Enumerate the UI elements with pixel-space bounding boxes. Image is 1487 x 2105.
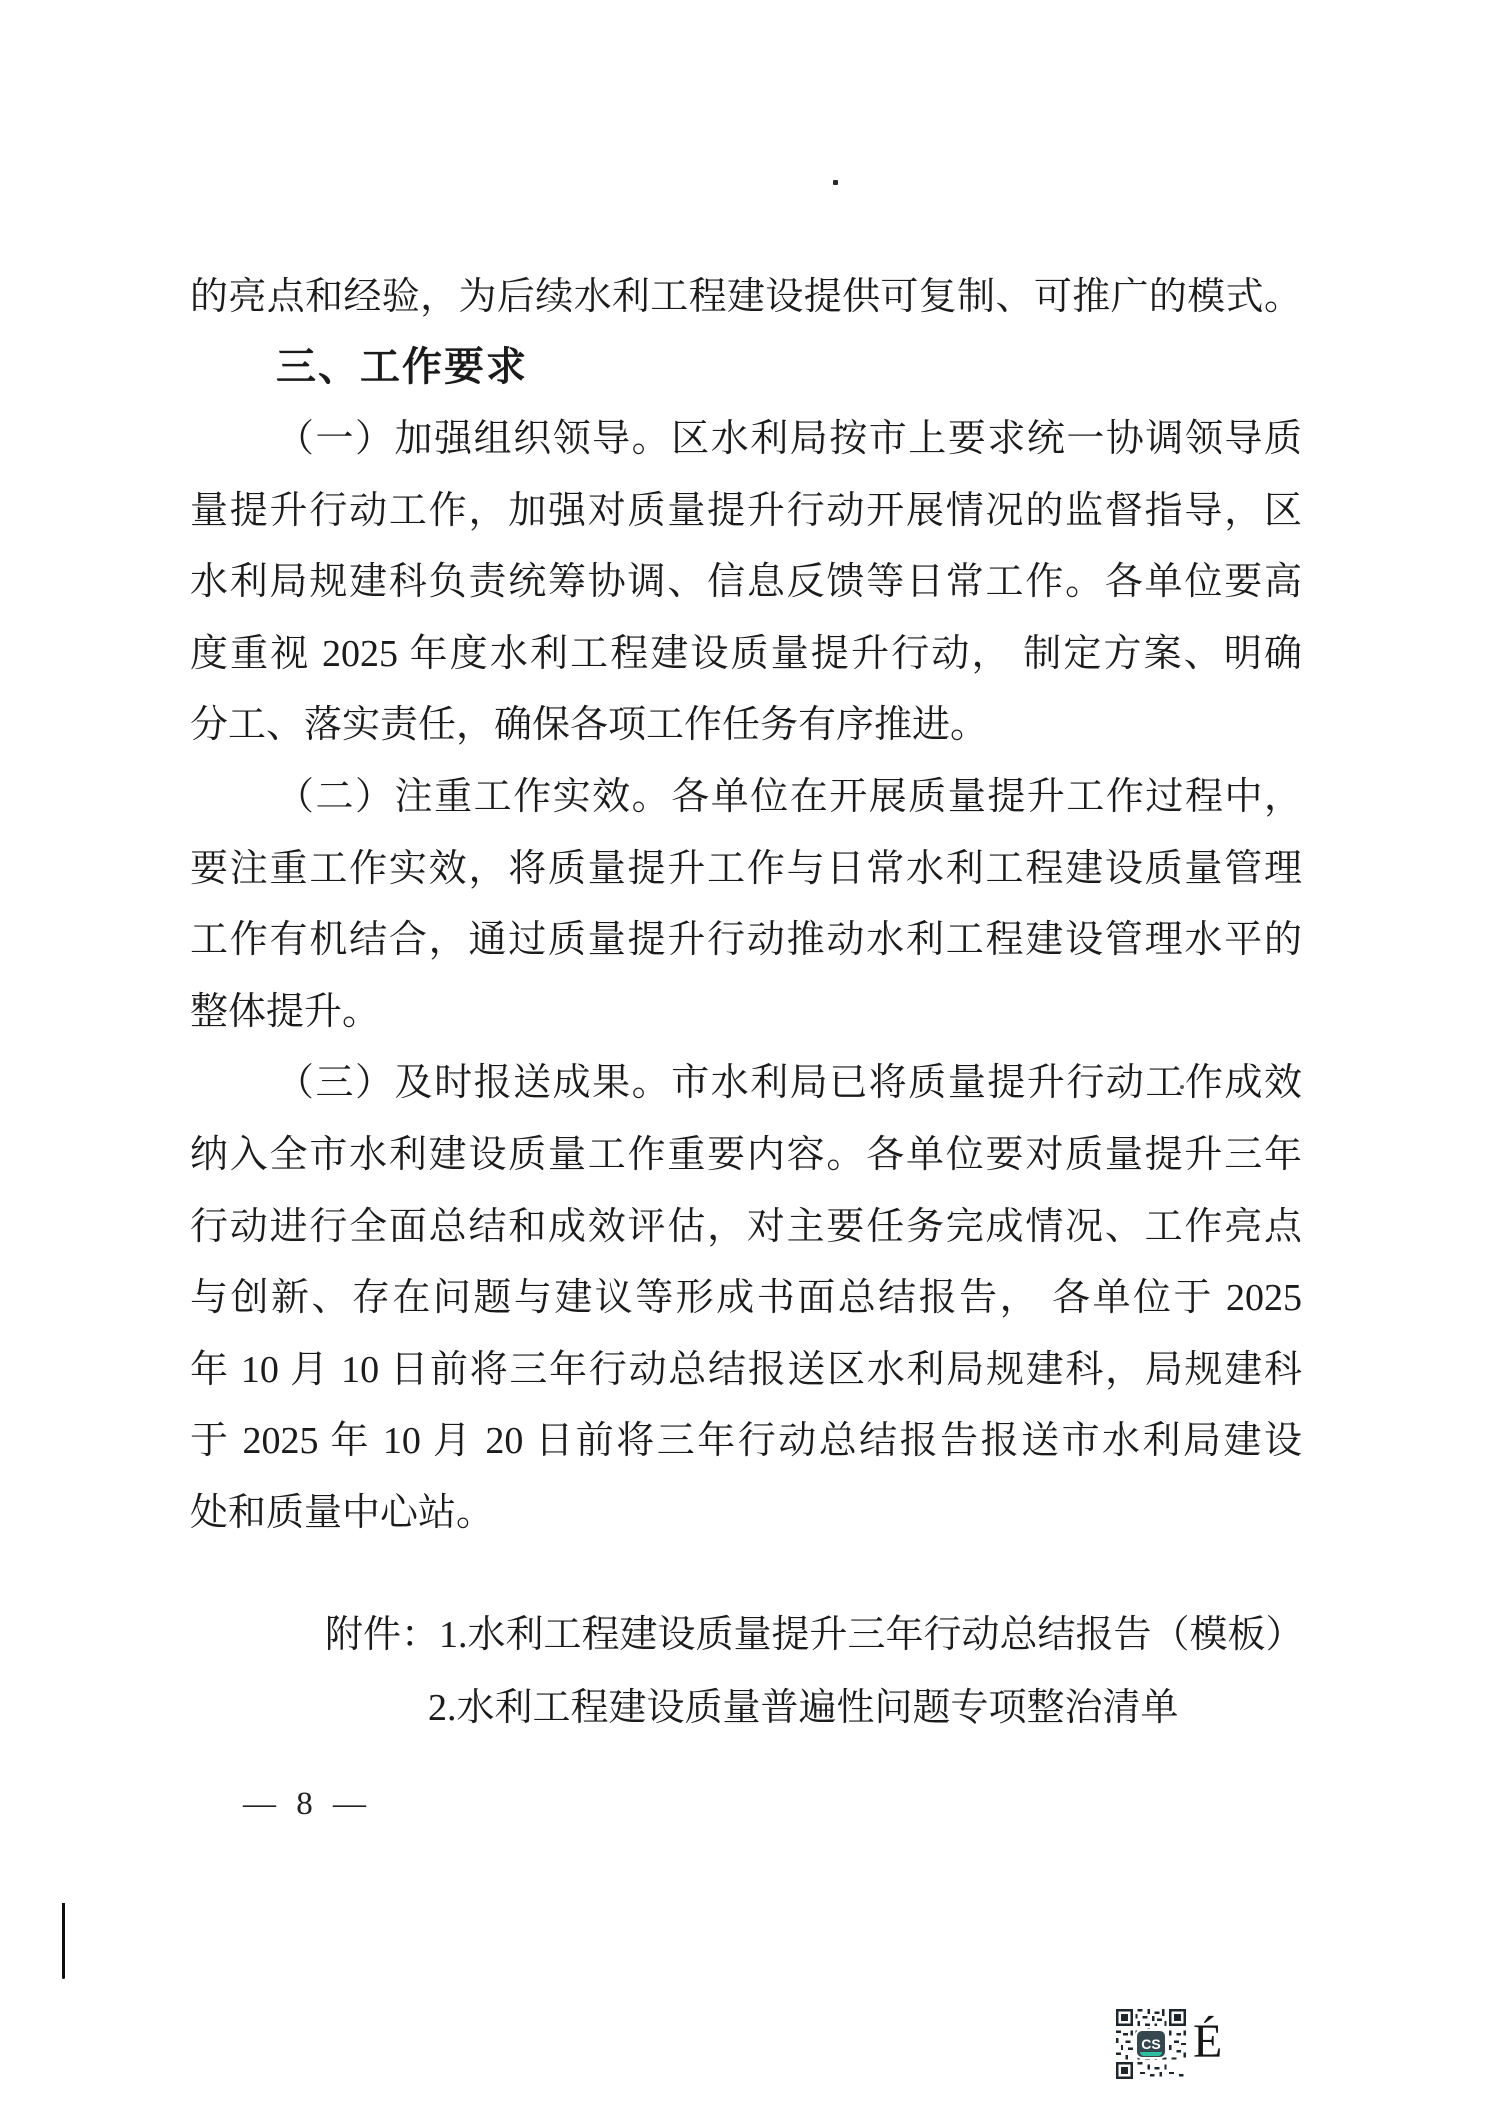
body-line: 处和质量中心站。 [190, 1488, 1302, 1538]
scan-speck-top [833, 180, 838, 185]
body-line: 分工、落实责任，确保各项工作任务有序推进。 [190, 700, 1302, 750]
body-line: 与创新、存在问题与建议等形成书面总结报告， 各单位于 2025 [190, 1273, 1302, 1323]
qr-code: CS [1116, 2008, 1186, 2080]
camscanner-cs-logo: CS [1137, 2031, 1165, 2057]
body-line: 工作有机结合，通过质量提升行动推动水利工程建设管理水平的 [190, 915, 1302, 965]
body-line: 度重视 2025 年度水利工程建设质量提升行动， 制定方案、明确 [190, 629, 1302, 679]
section-heading: 三、工作要求 [190, 342, 1302, 392]
body-line: 要注重工作实效，将质量提升工作与日常水利工程建设质量管理 [190, 844, 1302, 894]
body-line: 于 2025 年 10 月 20 日前将三年行动总结报告报送市水利局建设 [190, 1416, 1302, 1466]
body-line: 的亮点和经验，为后续水利工程建设提供可复制、可推广的模式。 [190, 272, 1302, 322]
body-line: （二）注重工作实效。各单位在开展质量提升工作过程中， [190, 772, 1302, 822]
body-line: 年 10 月 10 日前将三年行动总结报送区水利局规建科，局规建科 [190, 1345, 1302, 1395]
body-line: 纳入全市水利建设质量工作重要内容。各单位要对质量提升三年 [190, 1130, 1302, 1180]
body-line: 水利局规建科负责统筹协调、信息反馈等日常工作。各单位要高 [190, 557, 1302, 607]
attachment-item-1: 附件：1.水利工程建设质量提升三年行动总结报告（模板） [325, 1610, 1304, 1660]
body-line: （一）加强组织领导。区水利局按市上要求统一协调领导质 [190, 414, 1302, 464]
pen-stroke-artifact [62, 1903, 65, 1979]
body-line: 行动进行全面总结和成效评估，对主要任务完成情况、工作亮点 [190, 1202, 1302, 1252]
body-line: 量提升行动工作，加强对质量提升行动开展情况的监督指导，区 [190, 486, 1302, 536]
attachment-item-2: 2.水利工程建设质量普遍性问题专项整治清单 [428, 1683, 1179, 1733]
body-line: （三）及时报送成果。市水利局已将质量提升行动工作成效 [190, 1058, 1302, 1108]
body-line: 整体提升。 [190, 987, 1302, 1037]
corner-glyph-artifact: É [1193, 2016, 1222, 2068]
document-page: 的亮点和经验，为后续水利工程建设提供可复制、可推广的模式。 三、工作要求 （一）… [0, 0, 1487, 2105]
page-number: — 8 — [243, 1786, 372, 1823]
scan-speck-mid [1180, 1085, 1184, 1089]
